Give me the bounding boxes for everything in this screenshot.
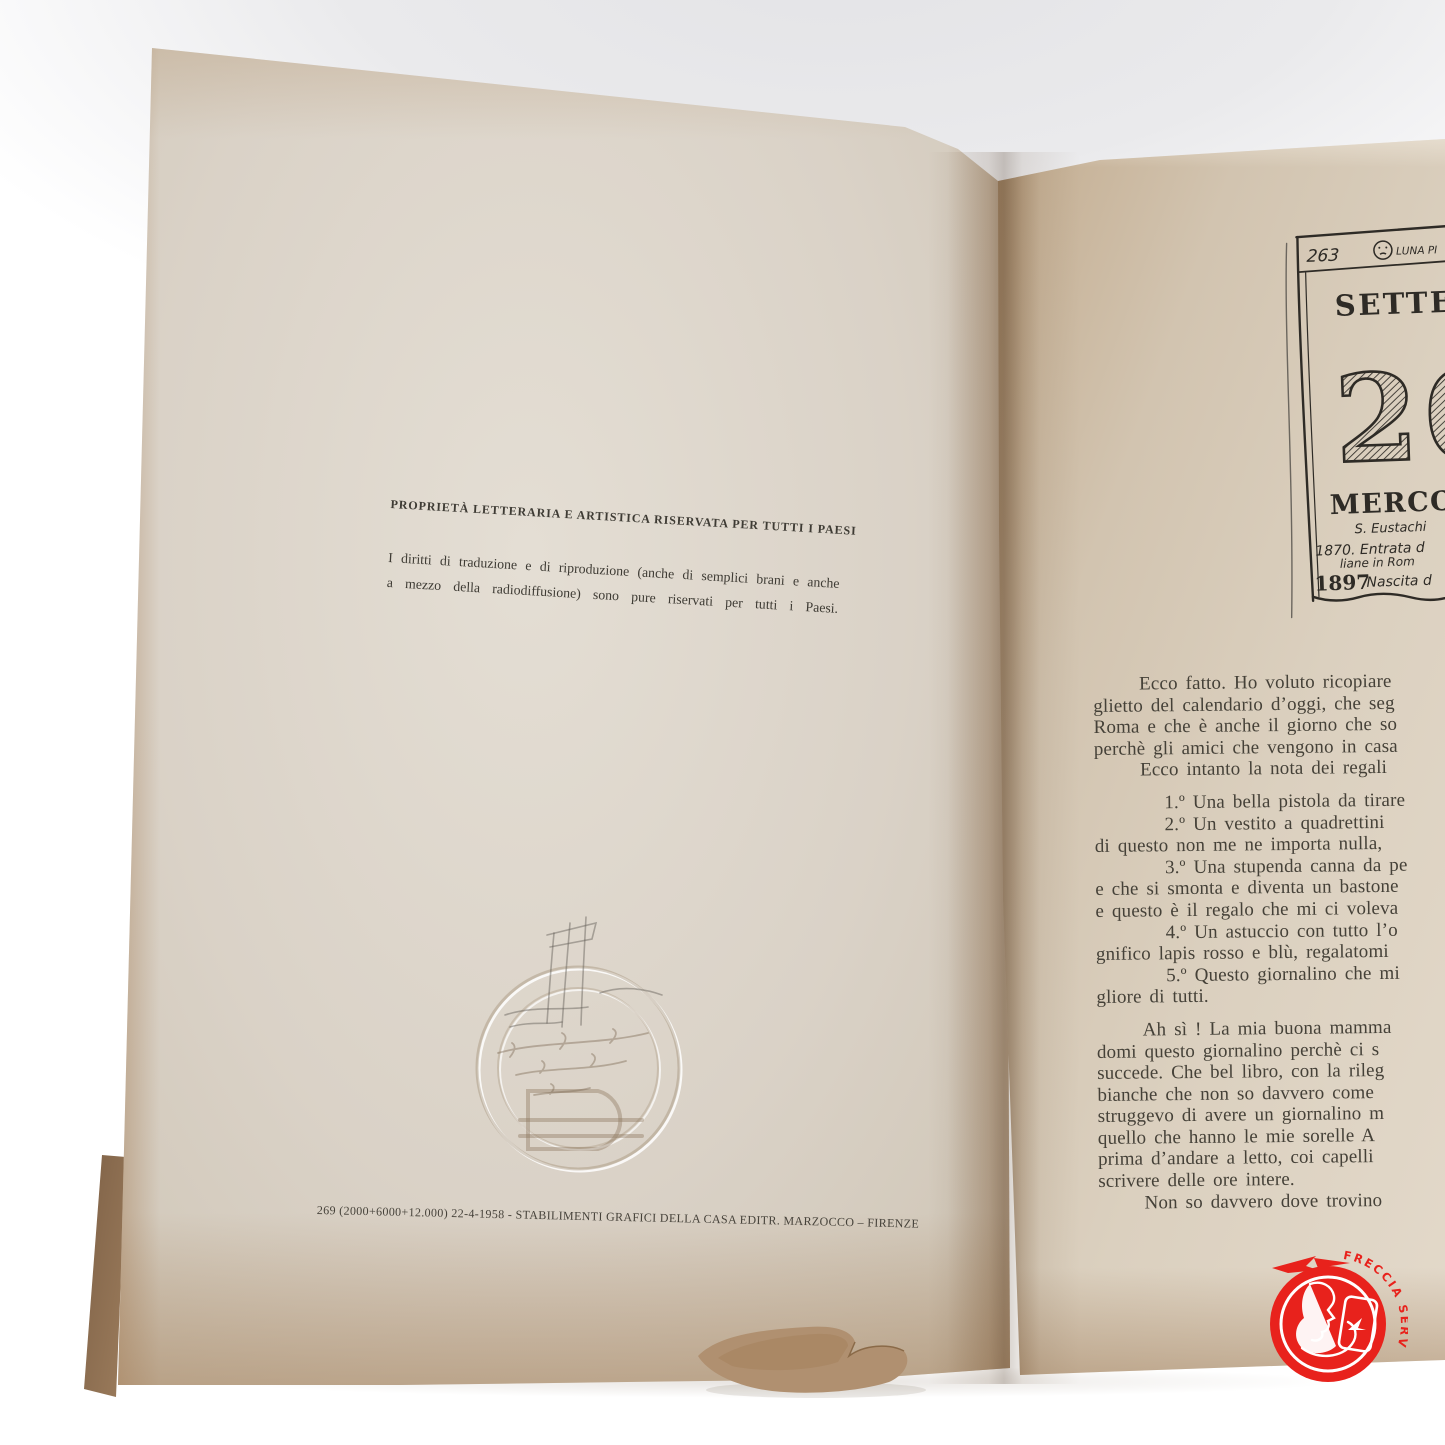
text-line: e questo è il regalo che mi ci voleva [1095,897,1445,922]
freccia-service-watermark: FRECCIA SERVICE [1258,1246,1408,1396]
moon-icon [1374,241,1393,260]
calendar-sheet-edge [1279,244,1300,618]
book-gutter [928,152,1080,1384]
calendar-event-1897-year: 1897 [1314,570,1370,596]
calendar-event-1897-text: Nascita d [1366,573,1432,591]
calendar-weekday: MERCOL [1329,485,1445,521]
rights-paragraph: I diritti di traduzione e di riproduzion… [386,545,840,621]
text-line: Ecco intanto la nota dei regali [1094,757,1445,782]
ink-bleed-script [498,1029,648,1095]
calendar-month: SETTEM [1334,283,1445,322]
text-line: perchè gli amici che vengono in casa [1094,735,1445,760]
right-page-body: Ecco fatto. Ho voluto ricopiareglietto d… [1093,670,1445,1214]
text-line: Non so davvero dove trovino [1098,1189,1445,1214]
torn-paper [688,1316,944,1400]
embossed-seal [450,895,710,1185]
calendar-saint-line: S. Eustachi [1354,520,1427,538]
text-line: 5.º Questo giornalino che mi [1096,962,1445,987]
copyright-heading: PROPRIETÀ LETTERARIA E ARTISTICA RISERVA… [390,497,857,539]
emboss-emblem [520,1091,642,1149]
calendar-big-day: 20 [1332,344,1445,491]
print-line: 269 (2000+6000+12.000) 22-4-1958 - STABI… [317,1203,920,1232]
text-line: 4.º Un astuccio con tutto l’o [1096,919,1445,944]
calendar-event-1870-cont: liane in Rom [1340,554,1415,571]
calendar-moon-label: LUNA PI [1396,244,1438,257]
text-line: gliore di tutti. [1096,984,1445,1009]
left-page: PROPRIETÀ LETTERARIA E ARTISTICA RISERVA… [115,45,1010,1387]
ink-bleed-sketch [505,917,662,1027]
calendar-frame-top [1296,226,1445,237]
calendar-illustration: 263 LUNA PI SETTEM 20 MERCOL S. Eustachi… [1272,220,1445,628]
book-photo: PROPRIETÀ LETTERARIA E ARTISTICA RISERVA… [0,0,1445,1445]
calendar-day-of-year: 263 [1306,246,1340,267]
text-line: 1.º Una bella pistola da tirare [1094,789,1445,814]
